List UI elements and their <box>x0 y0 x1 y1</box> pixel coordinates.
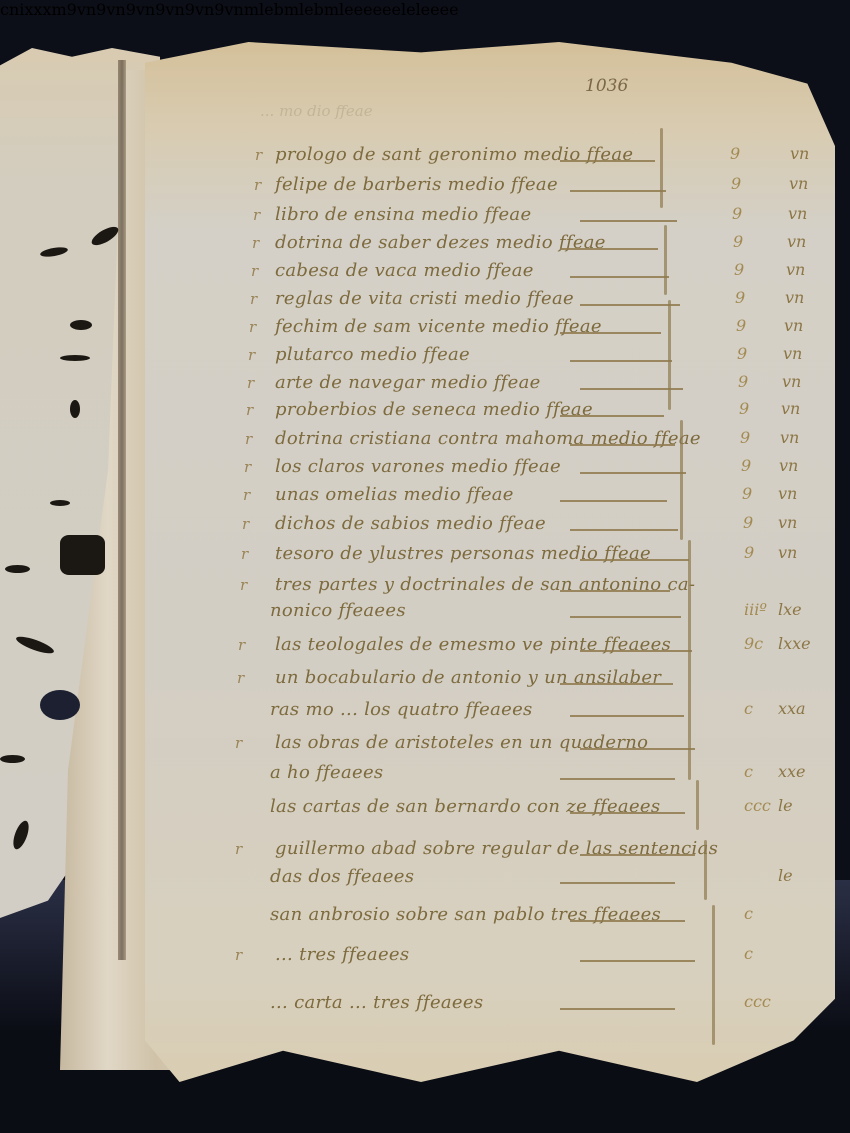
inventory-entry: ras mo ... los quatro ffeaeescxxa <box>0 705 850 735</box>
entry-check-mark: r <box>247 374 254 392</box>
entry-price: vn <box>783 344 802 363</box>
inventory-entry: r... tres ffeaeesc <box>0 950 850 980</box>
entry-price: vn <box>788 204 807 223</box>
entry-check-mark: r <box>246 401 253 419</box>
entry-price: xxa <box>778 699 806 718</box>
left-margin-quantity: 9 <box>214 0 224 19</box>
entry-price: vn <box>781 399 800 418</box>
left-margin-price: bm <box>274 0 299 19</box>
left-margin-price: vn <box>195 0 214 19</box>
entry-rule-line <box>560 415 664 417</box>
entry-quantity: 9 <box>743 513 753 532</box>
entry-quantity: 9 <box>739 399 749 418</box>
entry-check-mark: r <box>249 318 256 336</box>
wormhole <box>60 355 90 361</box>
entry-price: vn <box>787 232 806 251</box>
entry-rule-line <box>560 160 655 162</box>
entry-rule-line <box>560 332 661 334</box>
entry-quantity: 9 <box>741 456 751 475</box>
page-number: 1036 <box>585 76 628 96</box>
inventory-entry: las cartas de san bernardo con ze ffeaee… <box>0 802 850 832</box>
entry-rule-line <box>570 529 678 531</box>
entry-quantity: 9 <box>732 204 742 223</box>
entry-rule-line <box>580 854 695 856</box>
bracket-line <box>704 840 707 900</box>
entry-title: libro de ensina medio ffeae <box>275 204 531 225</box>
wormhole <box>70 320 92 330</box>
left-margin-price: ni <box>9 0 24 19</box>
left-margin-quantity: 9 <box>126 0 136 19</box>
entry-quantity: 9 <box>737 344 747 363</box>
entry-quantity: c <box>744 944 753 963</box>
entry-quantity: 9 <box>730 144 740 163</box>
entry-quantity: ccc <box>744 796 771 815</box>
entry-check-mark: r <box>248 346 255 364</box>
entry-rule-line <box>560 683 673 685</box>
bracket-line <box>680 420 683 540</box>
left-margin-price: vn <box>77 0 96 19</box>
entry-rule-line <box>580 304 680 306</box>
entry-check-mark: r <box>251 262 258 280</box>
entry-title: unas omelias medio ffeae <box>275 484 514 505</box>
entry-check-mark: r <box>255 146 262 164</box>
entry-check-mark: r <box>243 486 250 504</box>
inventory-entry: a ho ffeaeescxxe <box>0 768 850 798</box>
entry-check-mark: r <box>250 290 257 308</box>
entry-rule-line <box>570 812 685 814</box>
left-margin-quantity: 9 <box>185 0 195 19</box>
ink-stain <box>60 535 105 575</box>
entry-quantity: 9 <box>731 174 741 193</box>
entry-price: vn <box>782 372 801 391</box>
entry-rule-line <box>560 248 658 250</box>
entry-title: dichos de sabios medio ffeae <box>275 513 546 534</box>
entry-quantity: 9 <box>738 372 748 391</box>
entry-quantity: 9 <box>733 232 743 251</box>
left-margin-price: vn <box>165 0 184 19</box>
entry-price: vn <box>779 456 798 475</box>
entry-quantity: 9 <box>734 260 744 279</box>
left-margin-price: m <box>51 0 66 19</box>
entry-quantity: iiiº <box>744 600 767 619</box>
left-margin-quantity: e <box>430 0 439 19</box>
bracket-line <box>664 225 667 295</box>
entry-rule-line <box>570 616 681 618</box>
left-page-margin-column: cnixxxm9vn9vn9vn9vn9vn9vnmlebmlebmleeeee… <box>0 0 850 19</box>
entry-rule-line <box>580 559 689 561</box>
left-margin-quantity: 9 <box>96 0 106 19</box>
entry-rule-line <box>580 472 686 474</box>
left-margin-quantity: le <box>339 0 354 19</box>
entry-check-mark: r <box>245 430 252 448</box>
left-margin-price: bm <box>314 0 339 19</box>
entry-quantity: 9 <box>736 316 746 335</box>
entry-title: das dos ffeaees <box>270 866 414 887</box>
entry-quantity: 9c <box>744 634 763 653</box>
entry-quantity: 9 <box>740 428 750 447</box>
left-margin-price: m <box>244 0 259 19</box>
entry-quantity: c <box>744 699 753 718</box>
entry-price: vn <box>790 144 809 163</box>
entry-quantity: 9 <box>744 543 754 562</box>
wormhole <box>0 755 25 763</box>
entry-check-mark: r <box>242 515 249 533</box>
inventory-entry: rlas obras de aristoteles en un quaderno <box>0 738 850 768</box>
left-margin-quantity: ee <box>440 0 459 19</box>
bracket-line <box>688 540 691 780</box>
entry-check-mark: r <box>235 840 242 858</box>
left-margin-quantity: le <box>416 0 431 19</box>
entry-price: lxxe <box>778 634 811 653</box>
left-margin-quantity: 9 <box>67 0 77 19</box>
entry-check-mark: r <box>241 545 248 563</box>
inventory-entry: rguillermo abad sobre regular de las sen… <box>0 844 850 874</box>
wormhole <box>70 400 80 418</box>
entry-rule-line <box>560 590 670 592</box>
entry-quantity: ccc <box>744 992 771 1011</box>
entry-price: lxe <box>778 600 802 619</box>
left-margin-quantity: eee <box>373 0 401 19</box>
entry-price: le <box>778 866 793 885</box>
bracket-line <box>668 300 671 410</box>
bracket-line <box>712 905 715 1045</box>
entry-rule-line <box>580 650 692 652</box>
entry-rule-line <box>570 444 675 446</box>
entry-check-mark: r <box>235 734 242 752</box>
faded-heading: ... mo dio ffeae <box>260 102 373 120</box>
entry-price: xxe <box>778 762 806 781</box>
entry-rule-line <box>560 778 675 780</box>
entry-title: reglas de vita cristi medio ffeae <box>275 288 574 309</box>
entry-rule-line <box>560 1008 675 1010</box>
bracket-line <box>696 780 699 830</box>
entry-title: cabesa de vaca medio ffeae <box>275 260 534 281</box>
entry-rule-line <box>570 276 669 278</box>
left-margin-price: vn <box>136 0 155 19</box>
entry-price: vn <box>778 484 797 503</box>
entry-title: fechim de sam vicente medio ffeae <box>275 316 602 337</box>
entry-price: vn <box>789 174 808 193</box>
entry-title: los claros varones medio ffeae <box>275 456 561 477</box>
entry-title: ... tres ffeaees <box>275 944 409 965</box>
entry-title: ras mo ... los quatro ffeaees <box>270 699 533 720</box>
entry-rule-line <box>560 882 675 884</box>
entry-rule-line <box>570 715 684 717</box>
entry-price: vn <box>778 543 797 562</box>
bracket-line <box>660 128 663 208</box>
left-margin-quantity: le <box>259 0 274 19</box>
left-margin-quantity: le <box>401 0 416 19</box>
inventory-entry: das dos ffeaeesle <box>0 872 850 902</box>
entry-check-mark: r <box>240 576 247 594</box>
left-margin-price: vn <box>224 0 243 19</box>
inventory-entry: san anbrosio sobre san pablo tres ffeaee… <box>0 910 850 940</box>
entry-rule-line <box>580 220 677 222</box>
entry-quantity: c <box>744 904 753 923</box>
entry-rule-line <box>570 360 672 362</box>
entry-title: felipe de barberis medio ffeae <box>275 174 558 195</box>
entry-quantity: c <box>744 762 753 781</box>
entry-title: ... carta ... tres ffeaees <box>270 992 483 1013</box>
entry-check-mark: r <box>253 206 260 224</box>
entry-check-mark: r <box>238 636 245 654</box>
entry-rule-line <box>580 748 695 750</box>
left-margin-quantity: 9 <box>155 0 165 19</box>
entry-price: vn <box>784 316 803 335</box>
left-margin-quantity: c <box>0 0 9 19</box>
left-margin-quantity: xxx <box>24 0 51 19</box>
wormhole <box>5 565 30 573</box>
entry-price: vn <box>778 513 797 532</box>
inventory-entry: rlas teologales de emesmo ve pinte ffeae… <box>0 640 850 670</box>
left-margin-price: vn <box>106 0 125 19</box>
entry-price: vn <box>785 288 804 307</box>
ink-stain <box>40 690 80 720</box>
entry-quantity: 9 <box>735 288 745 307</box>
entry-quantity: 9 <box>742 484 752 503</box>
entry-title: a ho ffeaees <box>270 762 383 783</box>
entry-title: arte de navegar medio ffeae <box>275 372 541 393</box>
entry-check-mark: r <box>254 176 261 194</box>
entry-rule-line <box>570 190 666 192</box>
entry-title: proberbios de seneca medio ffeae <box>275 399 593 420</box>
entry-rule-line <box>570 920 685 922</box>
entry-check-mark: r <box>244 458 251 476</box>
entry-check-mark: r <box>235 946 242 964</box>
entry-title: nonico ffeaees <box>270 600 406 621</box>
entry-rule-line <box>580 960 695 962</box>
entry-title: dotrina de saber dezes medio ffeae <box>275 232 606 253</box>
entry-price: vn <box>780 428 799 447</box>
entry-check-mark: r <box>252 234 259 252</box>
entry-rule-line <box>560 500 667 502</box>
entry-price: le <box>778 796 793 815</box>
entry-price: vn <box>786 260 805 279</box>
entry-title: plutarco medio ffeae <box>275 344 470 365</box>
left-margin-quantity: le <box>299 0 314 19</box>
inventory-entry: ... carta ... tres ffeaeesccc <box>0 998 850 1028</box>
left-margin-quantity: ee <box>354 0 373 19</box>
entry-check-mark: r <box>237 669 244 687</box>
inventory-entry: nonico ffeaeesiiiºlxe <box>0 606 850 636</box>
wormhole <box>50 500 70 506</box>
